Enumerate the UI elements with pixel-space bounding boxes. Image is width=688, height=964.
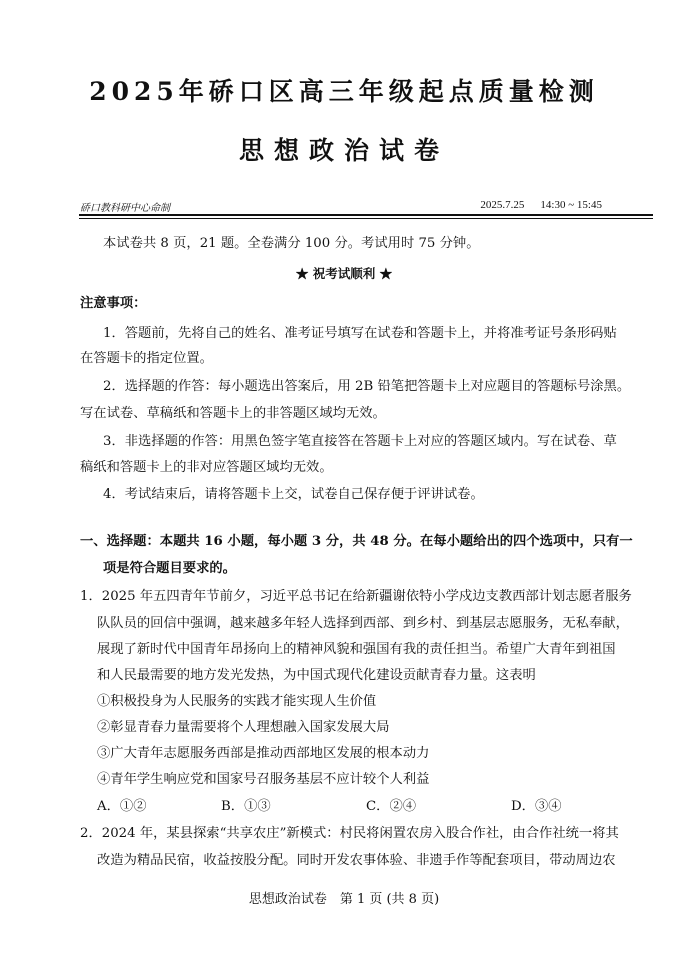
statement-2: ②彰显青春力量需要将个人理想融入国家发展大局: [97, 716, 390, 735]
question-1-line: 1．2025 年五四青年节前夕，习近平总书记在给新疆谢依特小学戍边支教西部计划志…: [80, 585, 632, 604]
question-2-line: 2．2024 年，某县探索“共享农庄”新模式：村民将闲置农房入股合作社，由合作社…: [80, 822, 619, 841]
statement-4: ④青年学生响应党和国家号召服务基层不应计较个人利益: [97, 768, 429, 787]
option-a: A．①②: [97, 795, 147, 814]
note-line: 2．选择题的作答：每小题选出答案后，用 2B 铅笔把答题卡上对应题目的答题标号涂…: [103, 375, 630, 394]
exam-title: 2025年硚口区高三年级起点质量检测: [0, 72, 688, 108]
exam-subtitle: 思想政治试卷: [0, 131, 688, 167]
header-time: 14:30 ~ 15:45: [540, 199, 602, 211]
statement-1: ①积极投身为人民服务的实践才能实现人生价值: [97, 690, 376, 709]
option-b: B．①③: [221, 795, 271, 814]
header-date: 2025.7.25: [480, 199, 524, 211]
note-line: 写在试卷、草稿纸和答题卡上的非答题区域均无效。: [80, 402, 386, 421]
notes-heading: 注意事项：: [80, 292, 146, 311]
option-d: D．③④: [511, 795, 562, 814]
header-issuer: 硚口教科研中心命制: [80, 199, 170, 214]
question-1-line: 展现了新时代中国青年昂扬向上的精神风貌和强国有我的责任担当。希望广大青年到祖国: [97, 638, 616, 657]
note-line: 1．答题前，先将自己的姓名、准考证号填写在试卷和答题卡上，并将准考证号条形码贴: [103, 322, 617, 341]
note-line: 3．非选择题的作答：用黑色签字笔直接答在答题卡上对应的答题区域内。写在试卷、草: [103, 430, 617, 449]
intro-text: 本试卷共 8 页，21 题。全卷满分 100 分。考试用时 75 分钟。: [103, 232, 480, 251]
good-luck-banner: ★ 祝考试顺利 ★: [0, 264, 688, 282]
header-rule-thin: [79, 218, 653, 219]
page-footer: 思想政治试卷 第 1 页 (共 8 页): [0, 888, 688, 907]
header-rule-thick: [79, 214, 653, 216]
option-c: C．②④: [366, 795, 416, 814]
header-datetime: 2025.7.2514:30 ~ 15:45: [464, 199, 602, 211]
note-line: 4．考试结束后，请将答题卡上交，试卷自己保存便于评讲试卷。: [103, 483, 484, 502]
question-2-line: 改造为精品民宿，收益按股分配。同时开发农事体验、非遗手作等配套项目，带动周边农: [97, 849, 616, 868]
section-heading-cont: 项是符合题目要求的。: [103, 557, 236, 576]
note-line: 稿纸和答题卡上的非对应答题区域均无效。: [80, 456, 333, 475]
section-heading: 一、选择题：本题共 16 小题，每小题 3 分，共 48 分。在每小题给出的四个…: [80, 530, 633, 549]
question-1-line: 队队员的回信中强调，越来越多年轻人选择到西部、到乡村、到基层志愿服务，无私奉献，: [97, 612, 629, 631]
statement-3: ③广大青年志愿服务西部是推动西部地区发展的根本动力: [97, 742, 429, 761]
question-1-line: 和人民最需要的地方发光发热，为中国式现代化建设贡献青春力量。这表明: [97, 664, 536, 683]
note-line: 在答题卡的指定位置。: [80, 347, 213, 366]
